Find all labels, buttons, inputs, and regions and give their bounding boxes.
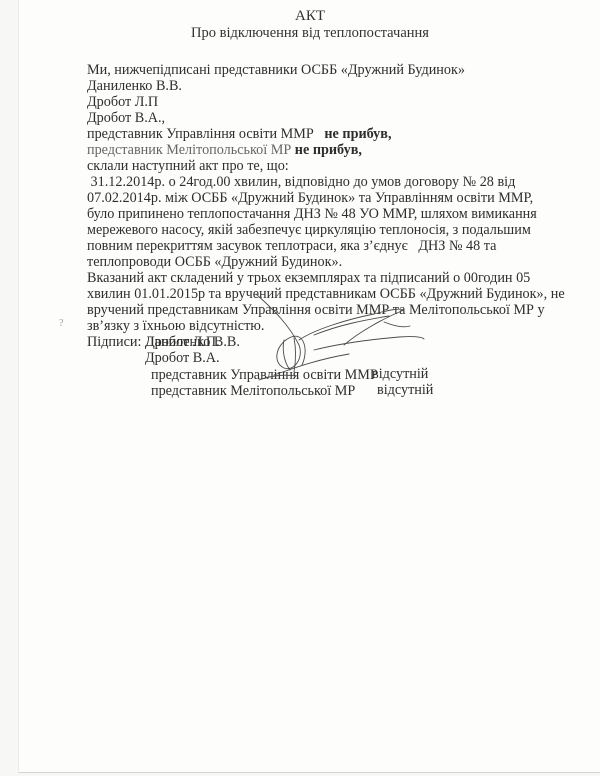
representative-status: відсутній	[377, 382, 433, 399]
paragraph-line: повним перекриттям засувок теплотраси, я…	[87, 238, 557, 254]
member-name: Дробот Л.П	[87, 94, 557, 110]
paragraph-line: 31.12.2014р. о 24год.00 хвилин, відповід…	[87, 174, 557, 190]
composed-line: склали наступний акт про те, що:	[87, 158, 557, 174]
paragraph-line: мережевого насосу, якій забезпечує цирку…	[87, 222, 557, 238]
absent-representative-line: представник Управління освіти ММР не при…	[87, 126, 557, 142]
paragraph-line: 07.02.2014р. між ОСББ «Дружний Будинок» …	[87, 190, 557, 206]
representative-text: представник Управління освіти ММР	[87, 126, 314, 142]
paragraph-line: Вказаний акт складений у трьох екземпляр…	[87, 270, 557, 286]
paragraph-line: було припинено теплопостачання ДНЗ № 48 …	[87, 206, 557, 222]
paragraph-line: зв’язку з їхньою відсутністю.	[87, 318, 557, 334]
intro-line: Ми, нижчепідписані представники ОСББ «Др…	[87, 62, 557, 78]
document-page: АКТ Про відключення від теплопостачання …	[18, 0, 600, 773]
paragraph-line: теплопроводи ОСББ «Дружний Будинок».	[87, 254, 557, 270]
signer-name: Дробот В.А.	[145, 350, 220, 366]
paragraph-2: Вказаний акт складений у трьох екземпляр…	[87, 270, 557, 334]
paragraph-line: вручений представникам Управління освіти…	[87, 302, 557, 318]
document-body: Ми, нижчепідписані представники ОСББ «Др…	[87, 62, 557, 350]
signer-name: Дробот Л.П.	[145, 334, 220, 350]
document-subtitle: Про відключення від теплопостачання	[19, 25, 600, 42]
representative-text: представник Мелітопольської МР	[87, 142, 291, 158]
absent-representative-line: представник Мелітопольської МР не прибув…	[87, 142, 557, 158]
representative-signature-line: представник Управління освіти ММР	[151, 367, 378, 383]
paragraph-1: 31.12.2014р. о 24год.00 хвилин, відповід…	[87, 174, 557, 270]
paragraph-line: хвилин 01.01.2015р та вручений представн…	[87, 286, 557, 302]
member-name: Даниленко В.В.	[87, 78, 557, 94]
signatures-label: Підписи:	[87, 334, 141, 350]
representative-signature-line: представник Мелітопольської МР	[151, 383, 355, 399]
member-name: Дробот В.А.,	[87, 110, 557, 126]
representative-status: відсутній	[372, 366, 428, 383]
margin-mark: ?	[59, 318, 63, 329]
document-title: АКТ	[19, 8, 600, 25]
absent-status: не прибув,	[324, 126, 391, 142]
absent-status: не прибув,	[295, 142, 362, 158]
